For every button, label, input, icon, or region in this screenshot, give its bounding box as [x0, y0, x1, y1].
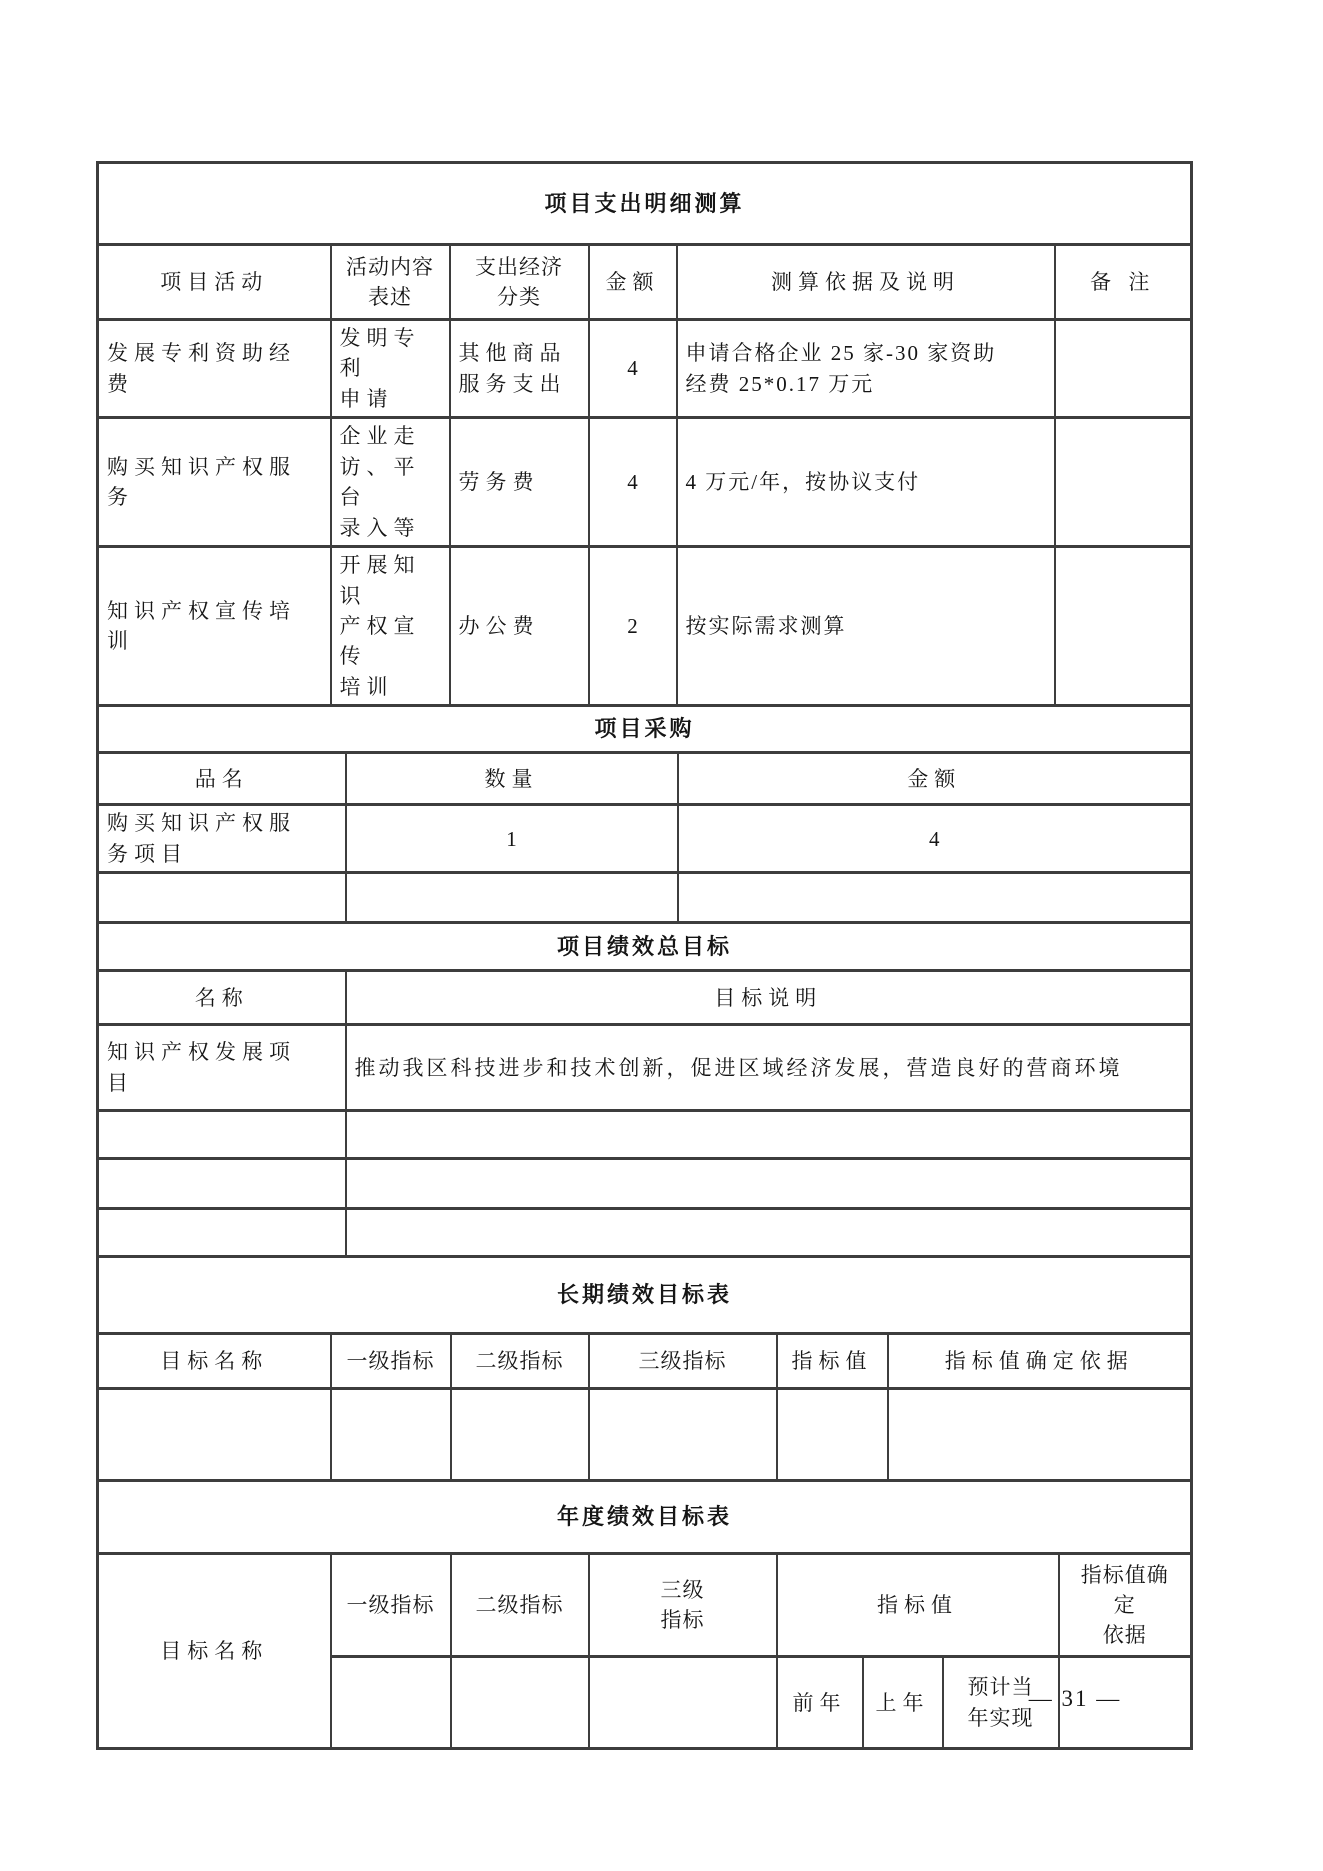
col-header-basis: 测算依据及说明 — [677, 245, 1055, 320]
table-row — [98, 1111, 1192, 1159]
col-header-name: 名称 — [98, 971, 346, 1025]
col-header-remark: 备 注 — [1055, 245, 1192, 320]
basis-cell: 申请合格企业 25 家-30 家资助 经费 25*0.17 万元 — [677, 320, 1055, 418]
procurement-table-title: 项目采购 — [98, 706, 1192, 753]
level3-cell — [589, 1657, 777, 1749]
col-header-content-desc: 活动内容 表述 — [331, 245, 450, 320]
col-header-level1-indicator: 一级指标 — [331, 1554, 451, 1657]
remark-cell — [1055, 547, 1192, 706]
col-header-goal-name: 目标名称 — [98, 1554, 331, 1749]
table-row: 购买知识产权服 务 企业走 访、平台 录入等 劳务费 4 4 万元/年，按协议支… — [98, 418, 1192, 547]
col-header-value-basis: 指标值确定依据 — [888, 1334, 1192, 1389]
category-cell: 其他商品 服务支出 — [450, 320, 589, 418]
category-cell: 办公费 — [450, 547, 589, 706]
col-header-level1-indicator: 一级指标 — [331, 1334, 451, 1389]
indicator-value-cell — [777, 1389, 888, 1481]
basis-cell: 4 万元/年，按协议支付 — [677, 418, 1055, 547]
remark-cell — [1055, 418, 1192, 547]
goal-name-cell — [98, 1111, 346, 1159]
procurement-table: 项目采购 品名 数量 金额 购买知识产权服 务项目 1 4 — [96, 704, 1193, 924]
level1-cell — [331, 1657, 451, 1749]
overall-goal-table-title: 项目绩效总目标 — [98, 923, 1192, 971]
activity-cell: 发展专利资助经 费 — [98, 320, 331, 418]
longterm-goal-table-title: 长期绩效目标表 — [98, 1257, 1192, 1334]
table-row: 购买知识产权服 务项目 1 4 — [98, 805, 1192, 873]
expense-table-title: 项目支出明细测算 — [98, 163, 1192, 245]
item-name-cell: 购买知识产权服 务项目 — [98, 805, 346, 873]
content-cell: 企业走 访、平台 录入等 — [331, 418, 450, 547]
quantity-cell: 1 — [346, 805, 678, 873]
remark-cell — [1055, 320, 1192, 418]
item-name-cell — [98, 873, 346, 923]
col-header-activity: 项目活动 — [98, 245, 331, 320]
budget-document: 项目支出明细测算 项目活动 活动内容 表述 支出经济 分类 金额 测算依据及说明… — [96, 161, 1190, 1750]
basis-cell: 按实际需求测算 — [677, 547, 1055, 706]
col-header-level2-indicator: 二级指标 — [451, 1334, 589, 1389]
amount-cell — [678, 873, 1192, 923]
col-header-quantity: 数量 — [346, 753, 678, 805]
col-header-goal-description: 目标说明 — [346, 971, 1192, 1025]
col-header-indicator-value: 指标值 — [777, 1334, 888, 1389]
value-basis-cell — [888, 1389, 1192, 1481]
amount-cell: 2 — [589, 547, 677, 706]
quantity-cell — [346, 873, 678, 923]
table-row: 发展专利资助经 费 发明专利 申请 其他商品 服务支出 4 申请合格企业 25 … — [98, 320, 1192, 418]
level3-cell — [589, 1389, 777, 1481]
level1-cell — [331, 1389, 451, 1481]
col-header-year-before-last: 前年 — [777, 1657, 863, 1749]
expense-detail-table: 项目支出明细测算 项目活动 活动内容 表述 支出经济 分类 金额 测算依据及说明… — [96, 161, 1193, 707]
goal-description-cell — [346, 1111, 1192, 1159]
col-header-amount: 金额 — [589, 245, 677, 320]
activity-cell: 知识产权宣传培 训 — [98, 547, 331, 706]
level2-cell — [451, 1657, 589, 1749]
page-number: — 31 — — [995, 1686, 1155, 1712]
col-header-indicator-value: 指标值 — [777, 1554, 1059, 1657]
col-header-level3-indicator: 三级指标 — [589, 1334, 777, 1389]
overall-goal-table: 项目绩效总目标 名称 目标说明 知识产权发展项 目 推动我区科技进步和技术创新，… — [96, 921, 1193, 1258]
goal-name-cell: 知识产权发展项 目 — [98, 1025, 346, 1111]
amount-cell: 4 — [678, 805, 1192, 873]
amount-cell: 4 — [589, 320, 677, 418]
table-row: 知识产权发展项 目 推动我区科技进步和技术创新，促进区域经济发展，营造良好的营商… — [98, 1025, 1192, 1111]
col-header-level3-indicator: 三级 指标 — [589, 1554, 777, 1657]
goal-description-cell — [346, 1159, 1192, 1209]
content-cell: 发明专利 申请 — [331, 320, 450, 418]
col-header-amount: 金额 — [678, 753, 1192, 805]
col-header-value-basis: 指标值确 定 依据 — [1059, 1554, 1192, 1657]
col-header-last-year: 上年 — [863, 1657, 943, 1749]
table-row — [98, 1209, 1192, 1257]
content-cell: 开展知识 产权宣传 培训 — [331, 547, 450, 706]
col-header-goal-name: 目标名称 — [98, 1334, 331, 1389]
col-header-item-name: 品名 — [98, 753, 346, 805]
activity-cell: 购买知识产权服 务 — [98, 418, 331, 547]
level2-cell — [451, 1389, 589, 1481]
goal-name-cell — [98, 1159, 346, 1209]
category-cell: 劳务费 — [450, 418, 589, 547]
col-header-expense-category: 支出经济 分类 — [450, 245, 589, 320]
table-row — [98, 1389, 1192, 1481]
table-row — [98, 1159, 1192, 1209]
goal-description-cell — [346, 1209, 1192, 1257]
goal-name-cell — [98, 1389, 331, 1481]
annual-goal-table-title: 年度绩效目标表 — [98, 1481, 1192, 1554]
longterm-goal-table: 长期绩效目标表 目标名称 一级指标 二级指标 三级指标 指标值 指标值确定依据 — [96, 1255, 1193, 1482]
col-header-level2-indicator: 二级指标 — [451, 1554, 589, 1657]
table-row: 知识产权宣传培 训 开展知识 产权宣传 培训 办公费 2 按实际需求测算 — [98, 547, 1192, 706]
goal-description-cell: 推动我区科技进步和技术创新，促进区域经济发展，营造良好的营商环境 — [346, 1025, 1192, 1111]
table-row — [98, 873, 1192, 923]
amount-cell: 4 — [589, 418, 677, 547]
goal-name-cell — [98, 1209, 346, 1257]
